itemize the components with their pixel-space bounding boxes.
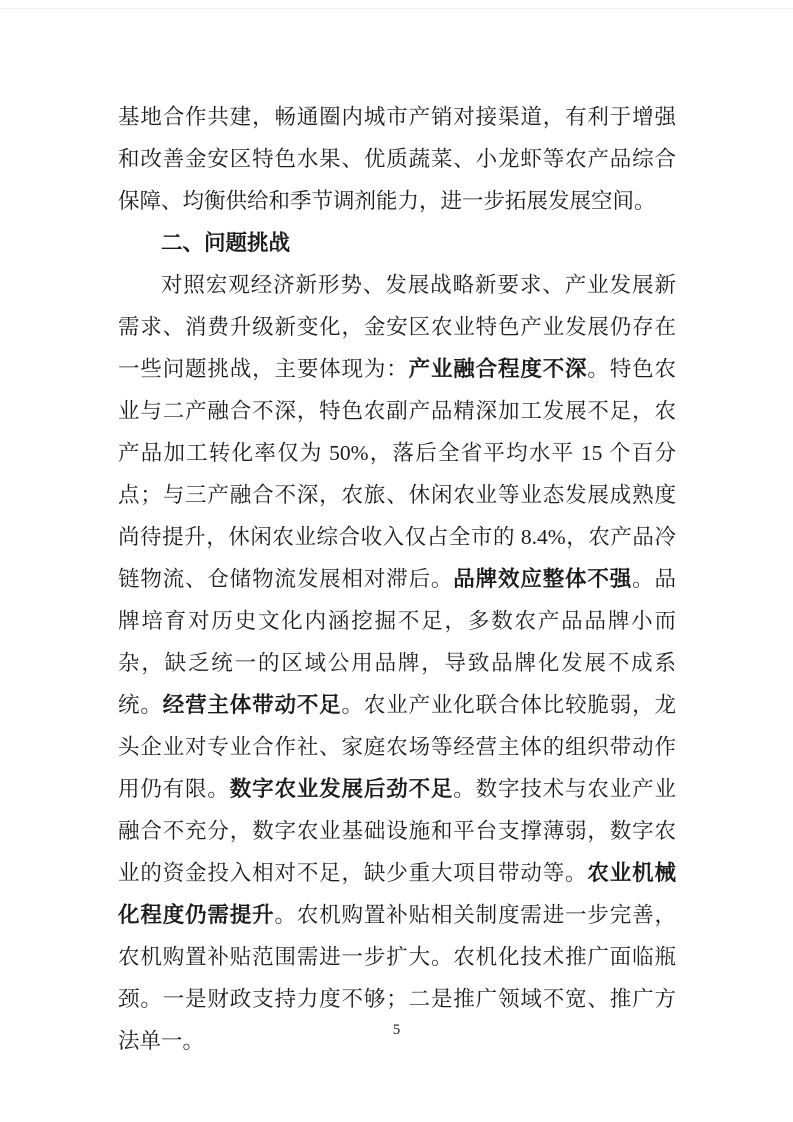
bold-phrase: 数字农业发展后劲不足 [230,777,454,801]
section-heading: 二、问题挑战 [118,222,676,264]
paragraph-continuation: 基地合作共建，畅通圈内城市产销对接渠道，有利于增强和改善金安区特色水果、优质蔬菜… [118,96,676,222]
bold-phrase: 产业融合程度不深 [409,357,588,381]
page-footer: 5 [0,1021,793,1039]
scan-edge-top [0,8,793,9]
bold-phrase: 经营主体带动不足 [163,693,342,717]
page-number: 5 [393,1022,401,1038]
heading-text: 二、问题挑战 [161,231,290,255]
document-content: 基地合作共建，畅通圈内城市产销对接渠道，有利于增强和改善金安区特色水果、优质蔬菜… [118,96,676,1062]
text-segment: 。特色农业与二产融合不深，特色农副产品精深加工发展不足，农产品加工转化率仅为 5… [118,357,676,591]
document-page: 基地合作共建，畅通圈内城市产销对接渠道，有利于增强和改善金安区特色水果、优质蔬菜… [0,0,793,1122]
text-segment: 基地合作共建，畅通圈内城市产销对接渠道，有利于增强和改善金安区特色水果、优质蔬菜… [118,105,676,213]
bold-phrase: 品牌效应整体不强 [453,567,632,591]
paragraph-body: 对照宏观经济新形势、发展战略新要求、产业发展新需求、消费升级新变化，金安区农业特… [118,264,676,1062]
